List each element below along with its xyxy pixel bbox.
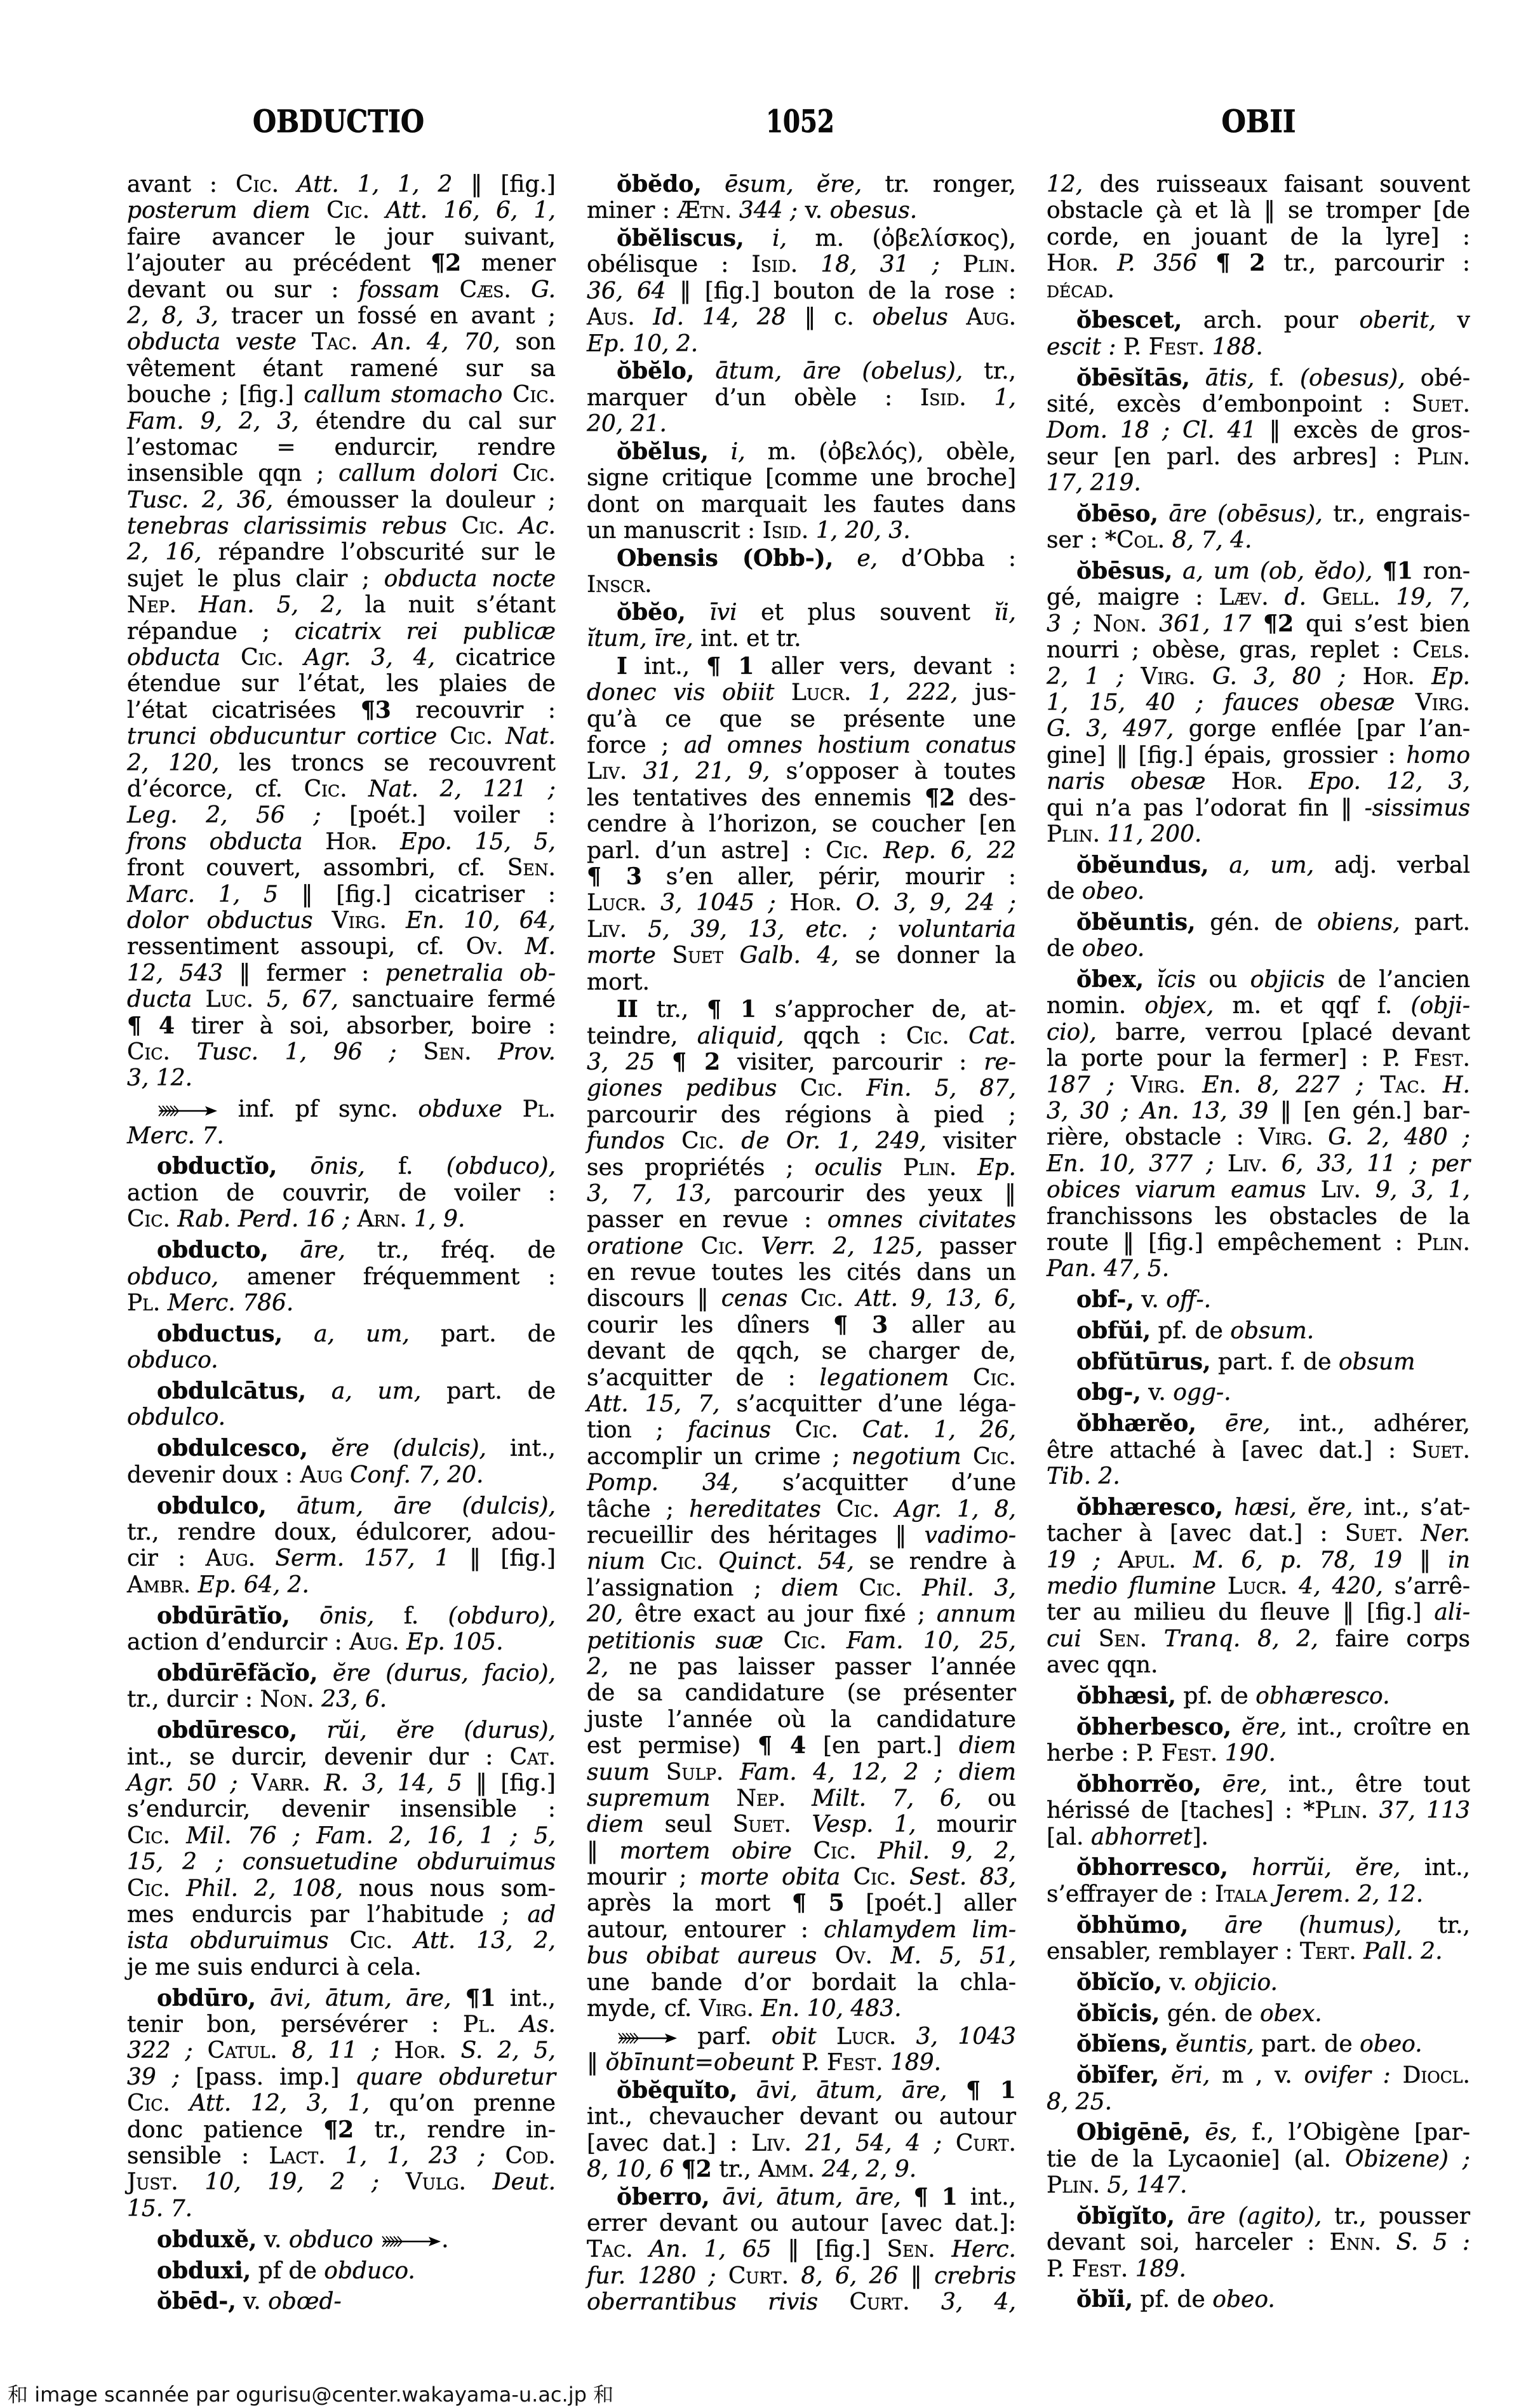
author-abbreviation: Liv. (587, 758, 627, 784)
roman-text (787, 1286, 800, 1312)
italic-text: Milt. 7, 6, (812, 1785, 961, 1811)
text-line: 2, 16, répandre l’obscurité sur le (127, 539, 556, 565)
roman-text (1214, 1151, 1228, 1177)
roman-text (1158, 501, 1169, 527)
line-content: cio), barre, verrou [placé devant (1047, 1019, 1470, 1045)
author-abbreviation: Plin. (1315, 1798, 1368, 1824)
roman-text: cendre à l’horizon, se coucher [en (587, 811, 1016, 837)
headword: obductus, (157, 1321, 283, 1347)
line-content: la porte pour la fermer] : P. Fest. (1047, 1045, 1470, 1072)
author-abbreviation: Ov. (835, 1943, 873, 1969)
italic-text: obœd- (268, 2288, 342, 2315)
roman-text: m. (ὀβελίσκος), (787, 225, 1016, 252)
line-content: obdūrātĭo, ōnis, f. (obduro), (157, 1603, 556, 1629)
text-line: ‖ ŏbīnunt=obeunt P. Fest. 189. (587, 2050, 1016, 2076)
italic-text: bus obibat aureus (587, 1943, 817, 1969)
line-content: je me suis endurci à cela. (127, 1954, 422, 1980)
roman-text: l’assignation ; (587, 1575, 782, 1601)
roman-text (1100, 821, 1107, 847)
author-abbreviation: Cic. (814, 1838, 857, 1864)
line-content: ŏbēsus, a, um (ob, ĕdo), ¶1 ron- (1076, 558, 1470, 584)
roman-text (817, 1943, 835, 1969)
text-line: G. 3, 497, gorge enflée [par l’an- (1047, 716, 1470, 742)
running-head-first-word: OBDUCTIO (253, 106, 424, 137)
dictionary-entry: ŏbēso, āre (obēsus), tr., engrais-ser : … (1047, 501, 1470, 554)
text-line: supremum Nep. Milt. 7, 6, ou (587, 1785, 1016, 1811)
line-content: obducta Cic. Agr. 3, 4, cicatrice (127, 645, 556, 671)
text-line: obductus, a, um, part. de (127, 1321, 556, 1347)
roman-text: ‖ (898, 2263, 934, 2289)
text-line: signe critique [comme une broche] (587, 465, 1016, 491)
italic-text: āre (humus), (1224, 1912, 1402, 1939)
roman-text: ]. (1192, 1824, 1209, 1850)
roman-text (170, 1206, 177, 1232)
roman-text: l’estomac = endurcir, rendre (127, 434, 556, 460)
author-abbreviation: Plin. (1417, 444, 1470, 470)
italic-text: Cat. (968, 1023, 1016, 1049)
italic-text: -sissimus (1365, 795, 1470, 821)
roman-text (709, 439, 731, 465)
roman-text: se rendre à (854, 1549, 1016, 1575)
roman-text (1217, 1740, 1224, 1766)
text-line: 15, 2 ; consuetudine obduruimus (127, 1849, 556, 1875)
italic-text: obex. (1260, 2001, 1322, 2027)
italic-text: Rep. 6, 22 (883, 838, 1016, 864)
text-line: ŏbĭens, ĕuntis, part. de obeo. (1047, 2031, 1470, 2057)
text-line: ‖ mortem obire Cic. Phil. 9, 2, (587, 1838, 1016, 1864)
italic-text: nium (587, 1549, 645, 1575)
text-line: qu’à ce que se présente une (587, 706, 1016, 732)
dictionary-entry: ŏbĭens, ĕuntis, part. de obeo. (1047, 2031, 1470, 2057)
italic-text: Att. 12, 3, 1, (190, 2090, 370, 2116)
roman-text: s’en aller, périr, mourir : (642, 864, 1016, 890)
italic-text: rŭi, ĕre (durus), (327, 1717, 556, 1744)
roman-text: passer (923, 1233, 1016, 1260)
author-abbreviation: Liv. (1228, 1151, 1268, 1177)
italic-text: cui (1047, 1626, 1081, 1652)
roman-text (949, 1023, 968, 1049)
headword: Obigēnē, (1076, 2119, 1191, 2146)
roman-text (350, 1206, 357, 1232)
line-content: tâche ; hereditates Cic. Agr. 1, 8, (587, 1496, 1016, 1522)
text-line: 3 ; Non. 361, 17 ¶2 qui s’est bien (1047, 611, 1470, 637)
roman-text (1099, 250, 1117, 276)
text-line: ŏbĭi, pf. de obeo. (1047, 2287, 1470, 2313)
roman-text (1381, 2229, 1396, 2255)
line-content: de sa candidature (se présenter (587, 1680, 1016, 1706)
headword: ŏbhæsi, (1076, 1683, 1176, 1709)
roman-text: pf de (251, 2258, 324, 2284)
roman-text (1228, 1855, 1252, 1881)
line-content: marquer d’un obèle : Isid. 1, (587, 385, 1016, 411)
author-abbreviation: Tac. (587, 2236, 633, 2262)
italic-text: morte (587, 943, 656, 969)
headword: I (617, 653, 627, 680)
text-line: ŏbhorrĕo, ēre, int., être tout (1047, 1771, 1470, 1798)
author-abbreviation: Lucr. (1228, 1573, 1287, 1599)
italic-text: M. 6, p. 78, 19 (1193, 1547, 1402, 1573)
italic-text: de Or. 1, 249, (741, 1128, 927, 1154)
roman-text: [poét.] aller (845, 1890, 1016, 1916)
bold-text: ¶1 (465, 1985, 496, 2012)
roman-text: discours ‖ (587, 1286, 721, 1312)
roman-text (815, 2156, 822, 2182)
roman-text: teindre, (587, 1023, 697, 1049)
roman-text: action de couvrir, de voiler : (127, 1180, 556, 1206)
text-line: ŏbēso, āre (obēsus), tr., engrais- (1047, 501, 1470, 527)
author-abbreviation: Cic. (836, 1496, 880, 1522)
text-line: une bande d’or bordait la chla- (587, 1970, 1016, 1996)
dictionary-entry: ŏbhæsi, pf. de obhæresco. (1047, 1683, 1470, 1709)
text-line: ista obduruimus Cic. Att. 13, 2, (127, 1928, 556, 1954)
author-abbreviation: Cat. (510, 1744, 556, 1770)
italic-text: G. 2, 480 ; (1328, 1124, 1470, 1150)
text-line: ŏberro, āvi, ātum, āre, ¶ 1 int., (587, 2184, 1016, 2210)
roman-text: sité, excès d’embonpoint : (1047, 391, 1412, 417)
line-content: obduxĕ, v. obduco . (157, 2227, 449, 2253)
italic-text: obhæresco. (1255, 1683, 1389, 1709)
roman-text (791, 2130, 805, 2156)
roman-text: parf. (678, 2024, 772, 2050)
author-abbreviation: Apul. (1118, 1547, 1176, 1573)
roman-text (754, 1996, 761, 2022)
text-line: front couvert, assombri, cf. Sen. (127, 855, 556, 881)
roman-text (789, 2263, 801, 2289)
italic-text: 8, 25. (1047, 2089, 1112, 2115)
roman-text (1368, 1798, 1379, 1824)
line-content: un manuscrit : Isid. 1, 20, 3. (587, 518, 911, 544)
author-abbreviation: Nep. (127, 592, 177, 618)
text-line: juste l’année où la candidature (587, 1707, 1016, 1733)
roman-text (703, 1549, 718, 1575)
roman-text: de (1047, 936, 1082, 962)
line-content: naris obesæ Hor. Epo. 12, 3, (1047, 769, 1470, 795)
roman-text: force ; (587, 732, 684, 758)
text-line: passer en revue : omnes civitates (587, 1207, 1016, 1233)
roman-text: errer devant ou autour [avec dat.]: (587, 2210, 1016, 2236)
line-content: fundos Cic. de Or. 1, 249, visiter (587, 1128, 1016, 1154)
roman-text: ou (961, 1785, 1016, 1811)
author-abbreviation: Suet. (1412, 1437, 1470, 1463)
italic-text: facinus (688, 1417, 771, 1443)
text-line: naris obesæ Hor. Epo. 12, 3, (1047, 769, 1470, 795)
dictionary-entry: Obensis (Obb-), e, d’Obba :Inscr. (587, 546, 1016, 598)
italic-text: diem (782, 1575, 839, 1601)
roman-text (1116, 334, 1123, 360)
italic-text: 19, 7, (1396, 584, 1470, 610)
roman-text (633, 2236, 650, 2262)
text-line: dont on marquait les fautes dans (587, 492, 1016, 518)
author-abbreviation: Cic. (450, 723, 493, 749)
line-content: corde, en jouant de la lyre] : (1047, 224, 1470, 250)
roman-text: tr., rendre doux, édulcorer, adou- (127, 1519, 556, 1545)
roman-text: qqch : (784, 1023, 906, 1049)
italic-text: re- (984, 1049, 1016, 1075)
author-abbreviation: Pl. (127, 1290, 160, 1316)
text-line: myde, cf. Virg. En. 10, 483. (587, 1996, 1016, 2022)
author-abbreviation: Cels. (1412, 637, 1470, 663)
text-line: d’écorce, cf. Cic. Nat. 2, 121 ; (127, 776, 556, 802)
roman-text (238, 1770, 251, 1796)
roman-text: s’approcher de, at- (756, 997, 1016, 1023)
line-content: Ep. 10, 2. (587, 331, 698, 357)
roman-text: devant ou sur : (127, 277, 359, 303)
italic-text: obices viarum eamus (1047, 1177, 1306, 1203)
line-content: 20, 21. (587, 411, 667, 437)
headword: obdūro, (157, 1985, 256, 2012)
dictionary-entry: obg-, v. ogg-. (1047, 1380, 1470, 1406)
author-abbreviation: Pl. (463, 2012, 496, 2038)
line-content: route ‖ [fig.] empêchement : Plin. (1047, 1230, 1470, 1256)
line-content: oberrantibus rivis Curt. 3, 4, (587, 2289, 1016, 2315)
roman-text (1190, 365, 1205, 391)
roman-text: ‖ (1402, 1547, 1448, 1573)
author-abbreviation: Luc. (205, 986, 253, 1012)
roman-text: marquer d’un obèle : (587, 385, 920, 411)
text-line: Plin. 5, 147. (1047, 2172, 1470, 2198)
roman-text: de l’ancien (1325, 967, 1470, 993)
line-content: Tib. 2. (1047, 1463, 1120, 1489)
line-content: Cic. Att. 12, 3, 1, qu’on prenne (127, 2090, 556, 2116)
roman-text: l’ajouter au précédent (127, 250, 431, 276)
roman-text (358, 329, 373, 355)
dictionary-entry: ŏbĕuntis, gén. de obiens, part.de obeo. (1047, 910, 1470, 962)
italic-text: 2, 1 ; (1047, 664, 1124, 690)
roman-text: la nuit s’étant (343, 592, 556, 618)
author-abbreviation: Curt. (850, 2289, 910, 2315)
roman-text (1147, 611, 1159, 637)
author-abbreviation: Tac. (312, 329, 358, 355)
text-line: medio flumine Lucr. 4, 420, s’arrê- (1047, 1573, 1470, 1599)
text-line: dolor obductus Virg. En. 10, 64, (127, 908, 556, 934)
headword: obf-, (1076, 1286, 1134, 1313)
roman-text: aller vers, devant : (754, 654, 1016, 680)
line-content: mes endurcis par l’habitude ; ad (127, 1902, 556, 1928)
roman-text: ‖ [fig.] (452, 171, 556, 198)
line-content: donc patience ¶2 tr., rendre in- (127, 2117, 556, 2143)
dictionary-entry: ŏbhŭmo, āre (humus), tr.,ensabler, rembl… (1047, 1912, 1470, 1965)
headword: obg-, (1076, 1379, 1141, 1406)
roman-text (1231, 1714, 1242, 1740)
text-line: mourir ; morte obita Cic. Sest. 83, (587, 1864, 1016, 1890)
roman-text (472, 1039, 499, 1065)
italic-text: omnes civitates (827, 1207, 1016, 1233)
italic-text: 3 ; (1047, 611, 1081, 637)
line-content: trunci obducuntur cortice Cic. Nat. (127, 723, 556, 749)
headword: ŏbĕdo, (617, 171, 702, 198)
text-line: obfŭtūrus, part. f. de obsum (1047, 1349, 1470, 1375)
roman-text (1415, 664, 1431, 690)
author-abbreviation: Cic. (906, 1023, 949, 1049)
text-line: avant : Cic. Att. 1, 1, 2 ‖ [fig.] (127, 171, 556, 198)
text-line: Liv. 31, 21, 9, s’opposer à toutes (587, 758, 1016, 784)
italic-text: obesus. (830, 198, 918, 224)
italic-text: Phil. 2, 108, (186, 1876, 343, 1902)
line-content: 3 ; Non. 361, 17 ¶2 qui s’est bien (1047, 611, 1470, 637)
italic-text: suum (587, 1759, 650, 1785)
roman-text: v. (257, 2227, 288, 2253)
line-content: posterum diem Cic. Att. 16, 6, 1, (127, 198, 556, 224)
text-line: frons obducta Hor. Epo. 15, 5, (127, 829, 556, 855)
line-content: herbe : P. Fest. 190. (1047, 1740, 1276, 1766)
author-abbreviation: P. Fest. (1136, 1740, 1217, 1766)
roman-text: hérissé de [taches] : * (1047, 1798, 1315, 1824)
line-content: ŏbhæresco, hæsi, ĕre, int., s’at- (1076, 1495, 1470, 1521)
roman-text (290, 1603, 319, 1629)
text-line: En. 10, 377 ; Liv. 6, 33, 11 ; per (1047, 1151, 1470, 1177)
text-line: 2, 8, 3, tracer un fossé en avant ; (127, 303, 556, 329)
text-line: ser : *Col. 8, 7, 4. (1047, 527, 1470, 553)
roman-text: parcourir des yeux ‖ (711, 1181, 1016, 1207)
roman-text: int. et tr. (693, 626, 801, 652)
line-content: Marc. 1, 5 ‖ [fig.] cicatriser : (127, 882, 556, 908)
text-line: 8, 10, 6 ¶2 tr., Amm. 24, 2, 9. (587, 2156, 1016, 2182)
text-line: obdulco, ātum, āre (dulcis), (127, 1493, 556, 1519)
line-content: répandue ; cicatrix rei publicæ (127, 619, 556, 645)
text-line: mes endurcis par l’habitude ; ad (127, 1902, 556, 1928)
text-line: 12, des ruisseaux faisant souvent (1047, 171, 1470, 198)
line-content: discours ‖ cenas Cic. Att. 9, 13, 6, (587, 1286, 1016, 1312)
line-content: action de couvrir, de voiler : (127, 1180, 556, 1206)
line-content: 17, 219. (1047, 470, 1141, 496)
italic-text: naris obesæ (1047, 769, 1205, 795)
italic-text: Pomp. 34, (587, 1470, 739, 1496)
roman-text (840, 1864, 853, 1890)
line-content: 2, 1 ; Virg. G. 3, 80 ; Hor. Ep. (1047, 664, 1470, 690)
text-line: ŏbĭfer, ĕri, m , v. ovifer : Diocl. (1047, 2062, 1470, 2088)
text-line: 12, 543 ‖ fermer : penetralia ob- (127, 960, 556, 986)
roman-text: juste l’année où la candidature (587, 1707, 1016, 1733)
author-abbreviation: Tert. (1300, 1939, 1356, 1965)
roman-text: ses propriétés ; (587, 1155, 815, 1181)
roman-text (303, 829, 326, 855)
roman-text: s’acquitter d’une (739, 1470, 1016, 1496)
roman-text (1101, 1547, 1118, 1573)
text-line: Agr. 50 ; Varr. R. 3, 14, 5 ‖ [fig.] (127, 1770, 556, 1796)
text-line: Cic. Tusc. 1, 96 ; Sen. Prov. (127, 1039, 556, 1065)
author-abbreviation: Sen. (423, 1039, 471, 1065)
bold-text: ¶ 3 (587, 863, 642, 890)
text-line: parl. d’un astre] : Cic. Rep. 6, 22 (587, 838, 1016, 864)
text-line: nourri ; obèse, gras, replet : Cels. (1047, 637, 1470, 663)
italic-text: cenas (721, 1286, 788, 1312)
roman-text (1267, 1881, 1274, 1907)
bold-text: ¶ 2 (1215, 250, 1265, 276)
italic-text: crebris (934, 2263, 1016, 2289)
text-line: miner : Ætn. 344 ; v. obesus. (587, 198, 1016, 224)
author-abbreviation: Suet. (1345, 1521, 1403, 1547)
roman-text: s’arrê- (1383, 1573, 1470, 1599)
italic-text: i, (772, 225, 787, 252)
line-content: ŏbhŭmo, āre (humus), tr., (1076, 1912, 1470, 1939)
roman-text (1346, 664, 1362, 690)
text-line: cui Sen. Tranq. 8, 2, faire corps (1047, 1626, 1470, 1652)
scan-credit-footer: 和 image scannée par ogurisu@center.wakay… (8, 2383, 613, 2406)
author-abbreviation: Cic. (826, 838, 869, 864)
headword: ŏbĕlo, (617, 358, 694, 384)
italic-text: Agr. 50 ; (127, 1770, 238, 1796)
roman-text: . (441, 2227, 448, 2253)
italic-text: 12, (1047, 171, 1083, 198)
line-content: ŏbĭfer, ĕri, m , v. ovifer : Diocl. (1076, 2062, 1470, 2088)
author-abbreviation: Suet (672, 943, 723, 969)
author-abbreviation: Aus. (587, 304, 635, 330)
roman-text: int., être tout (1268, 1771, 1470, 1798)
roman-text: tr., engrais- (1323, 501, 1470, 527)
line-content: fur. 1280 ; Curt. 8, 6, 26 ‖ crebris (587, 2263, 1016, 2289)
italic-text: morte obita (700, 1864, 840, 1890)
italic-text: 1, 20, 3. (816, 518, 911, 544)
roman-text: et plus souvent (737, 600, 994, 626)
author-abbreviation: Isid. (763, 518, 809, 544)
roman-text (723, 1759, 740, 1785)
roman-text (437, 723, 450, 749)
author-abbreviation: Aug (300, 1462, 343, 1488)
italic-text: ātum, āre (obelus), (715, 358, 963, 384)
roman-text (947, 2078, 966, 2104)
italic-text: Vesp. 1, (812, 1811, 916, 1838)
author-abbreviation: Cic. (859, 1575, 902, 1601)
roman-text: corde, en jouant de la lyre] : (1047, 224, 1470, 250)
italic-text: G. 3, 497, (1047, 716, 1174, 742)
italic-text: Galb. 4, (740, 943, 839, 969)
italic-text: 1, 9. (414, 1206, 465, 1232)
italic-text: Tranq. 8, 2, (1164, 1626, 1318, 1652)
roman-text (777, 1075, 800, 1101)
roman-text: m. et qqf f. (1214, 993, 1410, 1019)
italic-text: fundos (587, 1128, 665, 1154)
text-line: obfŭi, pf. de obsum. (1047, 1318, 1470, 1344)
roman-text: ‖ fermer : (223, 960, 385, 986)
italic-text: S. 5 : (1396, 2229, 1470, 2255)
roman-text: int., adhérer, (1270, 1411, 1470, 1437)
italic-text: āvi, ātum, āre, (270, 1986, 451, 2012)
roman-text: part. de (421, 1378, 556, 1404)
line-content: devant ou sur : fossam Cæs. G. (127, 277, 556, 303)
line-content: I int., ¶ 1 aller vers, devant : (617, 654, 1016, 680)
line-content: obdūresco, rŭi, ĕre (durus), (157, 1717, 556, 1744)
roman-text (1283, 769, 1309, 795)
italic-text: 9, 3, 1, (1376, 1177, 1470, 1203)
roman-text: v. (1162, 1970, 1194, 1996)
text-line: ŏbĕuntis, gén. de obiens, part. (1047, 910, 1470, 936)
line-content: Just. 10, 19, 2 ; Vulg. Deut. (127, 2169, 556, 2195)
line-content: oratione Cic. Verr. 2, 125, passer (587, 1233, 1016, 1260)
roman-text (627, 758, 643, 784)
author-abbreviation: Pl. (523, 1096, 556, 1122)
dictionary-entry: ŏbĕdo, ēsum, ĕre, tr. ronger,miner : Ætn… (587, 171, 1016, 224)
italic-text: 188. (1212, 334, 1263, 360)
roman-text: f. (374, 1603, 448, 1629)
text-line: Pomp. 34, s’acquitter d’une (587, 1470, 1016, 1496)
italic-text: Agr. 1, 8, (895, 1496, 1016, 1522)
roman-text: étendue sur l’état, les plaies de (127, 671, 556, 697)
dictionary-entry: obf-, v. off-. (1047, 1287, 1470, 1313)
italic-text: 3, 25 (587, 1049, 655, 1075)
roman-text (170, 1876, 186, 1902)
author-abbreviation: Plin. (1047, 2172, 1100, 2198)
italic-text: diem (587, 1811, 644, 1838)
author-abbreviation: Hor. (1231, 769, 1283, 795)
italic-text: a, um (ob, ĕdo), (1182, 558, 1372, 584)
roman-text: sensible : (127, 2143, 269, 2169)
italic-text: As. (520, 2012, 556, 2038)
roman-text (379, 2169, 406, 2195)
text-line: ¶ 3 s’en aller, périr, mourir : (587, 864, 1016, 890)
italic-text: 12, 543 (127, 960, 223, 986)
roman-text: myde, cf. (587, 1996, 699, 2022)
dictionary-entry: ŏbhorresco, horrŭi, ĕre, int.,s’effrayer… (1047, 1855, 1470, 1907)
